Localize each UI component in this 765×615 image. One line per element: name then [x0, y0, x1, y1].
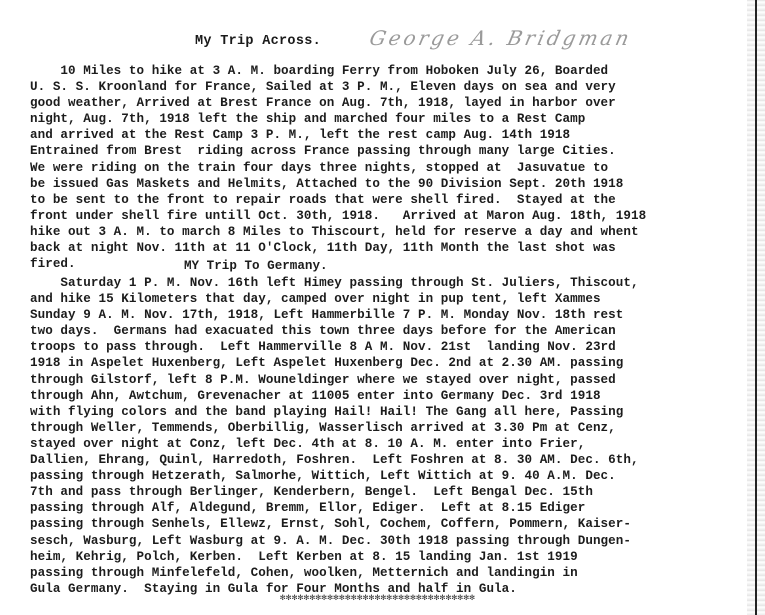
text-line: back at night Nov. 11th at 11 O'Clock, 1…	[30, 240, 755, 256]
text-line: hike out 3 A. M. to march 8 Miles to Thi…	[30, 224, 755, 240]
document-title: My Trip Across.	[195, 34, 321, 49]
text-line: through Weller, Temmends, Oberbillig, Wa…	[30, 420, 755, 436]
text-line: U. S. S. Kroonland for France, Sailed at…	[30, 79, 755, 95]
text-line: sesch, Wasburg, Left Wasburg at 9. A. M.…	[30, 533, 755, 549]
section-trip-to-germany: Saturday 1 P. M. Nov. 16th left Himey pa…	[30, 275, 755, 597]
text-line: troops to pass through. Left Hammerville…	[30, 339, 755, 355]
text-line: two days. Germans had exacuated this tow…	[30, 323, 755, 339]
text-line: and hike 15 Kilometers that day, camped …	[30, 291, 755, 307]
page-border-line	[755, 0, 757, 615]
text-line: passing through Hetzerath, Salmorhe, Wit…	[30, 468, 755, 484]
title-row: My Trip Across. George A. Bridgman	[0, 34, 765, 56]
text-line: to be sent to the front to repair roads …	[30, 192, 755, 208]
section-title-trip-to-germany: MY Trip To Germany.	[184, 259, 328, 273]
text-line: 10 Miles to hike at 3 A. M. boarding Fer…	[30, 63, 755, 79]
text-line: through Ahn, Awtchum, Grevenacher at 110…	[30, 388, 755, 404]
text-line: We were riding on the train four days th…	[30, 160, 755, 176]
text-line: passing through Alf, Aldegund, Bremm, El…	[30, 500, 755, 516]
decorative-footer-rule: ✻✻✻✻✻✻✻✻✻✻✻✻✻✻✻✻✻✻✻✻✻✻✻✻✻✻✻✻✻✻✻✻✻	[280, 593, 475, 603]
text-line: Sunday 9 A. M. Nov. 17th, 1918, Left Ham…	[30, 307, 755, 323]
text-line: passing through Minfelefeld, Cohen, wool…	[30, 565, 755, 581]
text-line: fired.	[30, 256, 755, 272]
text-line: Dallien, Ehrang, Quinl, Harredoth, Foshr…	[30, 452, 755, 468]
text-line: passing through Senhels, Ellewz, Ernst, …	[30, 516, 755, 532]
text-line: night, Aug. 7th, 1918 left the ship and …	[30, 111, 755, 127]
text-line: with flying colors and the band playing …	[30, 404, 755, 420]
text-line: good weather, Arrived at Brest France on…	[30, 95, 755, 111]
text-line: be issued Gas Maskets and Helmits, Attac…	[30, 176, 755, 192]
text-line: through Gilstorf, left 8 P.M. Wounelding…	[30, 372, 755, 388]
text-line: 7th and pass through Berlinger, Kenderbe…	[30, 484, 755, 500]
text-line: front under shell fire untill Oct. 30th,…	[30, 208, 755, 224]
section-trip-across: 10 Miles to hike at 3 A. M. boarding Fer…	[30, 63, 755, 272]
text-line: 1918 in Aspelet Huxenberg, Left Aspelet …	[30, 355, 755, 371]
text-line: Saturday 1 P. M. Nov. 16th left Himey pa…	[30, 275, 755, 291]
text-line: heim, Kehrig, Polch, Kerben. Left Kerben…	[30, 549, 755, 565]
text-line: Entrained from Brest riding across Franc…	[30, 143, 755, 159]
typewritten-page: My Trip Across. George A. Bridgman 10 Mi…	[0, 0, 765, 615]
text-line: stayed over night at Conz, left Dec. 4th…	[30, 436, 755, 452]
handwritten-signature: George A. Bridgman	[367, 26, 634, 50]
text-line: and arrived at the Rest Camp 3 P. M., le…	[30, 127, 755, 143]
